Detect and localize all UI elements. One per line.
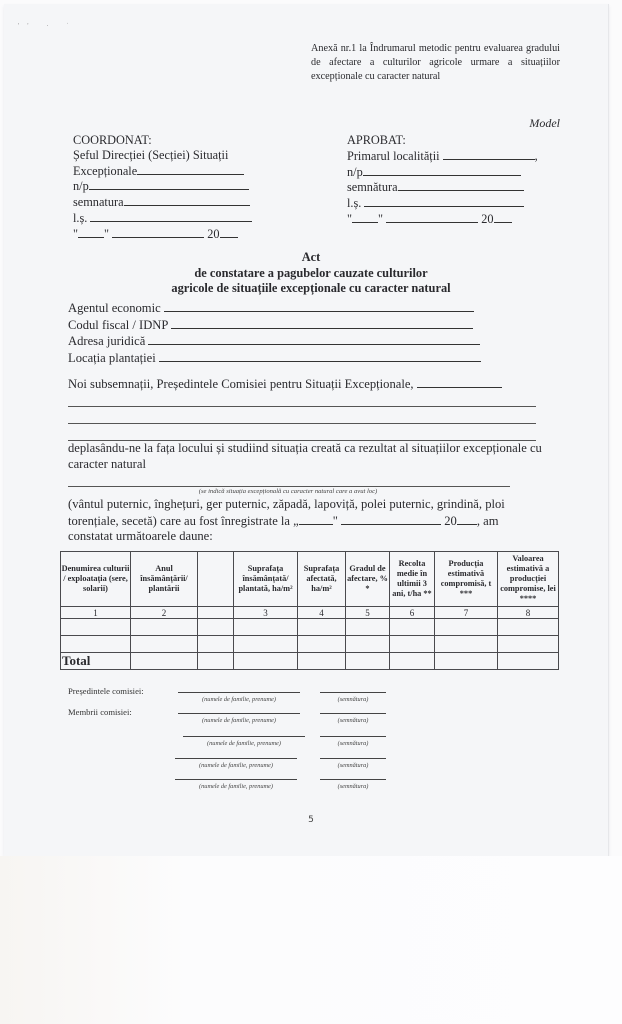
table-cell[interactable] — [435, 636, 498, 653]
coordonat-np-field[interactable] — [89, 178, 249, 190]
aprobat-date-row: "" 20 — [347, 211, 538, 227]
coordonat-signature-row: semnatura — [73, 194, 252, 210]
field-row: Locația plantației — [68, 350, 481, 367]
member-signature-line[interactable] — [320, 758, 386, 759]
fiscal-code-field[interactable] — [171, 317, 473, 329]
member-name-caption: (numele de familie, prenume) — [178, 696, 300, 703]
table-cell[interactable] — [131, 619, 198, 636]
total-cell[interactable] — [298, 653, 346, 670]
members-line-2[interactable] — [68, 423, 536, 424]
table-cell[interactable] — [390, 619, 435, 636]
coordonat-signature-field[interactable] — [124, 194, 250, 206]
aprobat-day-field[interactable] — [352, 211, 378, 223]
table-cell[interactable] — [234, 636, 298, 653]
member-signature-caption: (semnătura) — [320, 696, 386, 703]
table-cell[interactable] — [61, 619, 131, 636]
member-signature-caption: (semnătura) — [320, 740, 386, 747]
table-cell[interactable] — [234, 619, 298, 636]
annex-note: Anexă nr.1 la Îndrumarul metodic pentru … — [311, 42, 560, 84]
coordonat-ls-label: l.ș. — [73, 211, 87, 225]
aprobat-year-field[interactable] — [494, 211, 512, 223]
legal-address-field[interactable] — [148, 333, 480, 345]
plantation-location-field[interactable] — [159, 350, 481, 362]
table-row — [61, 619, 559, 636]
total-cell[interactable] — [346, 653, 390, 670]
situation-caption: (se indică situația excepțională cu cara… — [68, 488, 508, 495]
field-row: Codul fiscal / IDNP — [68, 317, 481, 334]
total-cell[interactable] — [390, 653, 435, 670]
event-year-field[interactable] — [457, 513, 477, 525]
aprobat-ls-row: l.ș. — [347, 195, 538, 211]
header-lost-value: Valoarea estimativă a producției comprom… — [498, 552, 559, 607]
coordonat-month-field[interactable] — [112, 226, 204, 238]
header-avg-yield: Recolta medie în ultimii 3 ani, t/ha ** — [390, 552, 435, 607]
total-cell[interactable] — [198, 653, 234, 670]
member-signature-caption: (semnătura) — [320, 717, 386, 724]
table-cell[interactable] — [61, 636, 131, 653]
aprobat-mayor-field[interactable] — [443, 148, 535, 160]
header-sown-area: Suprafața însămânțată/ plantată, ha/m² — [234, 552, 298, 607]
damages-intro: constatat următoarele daune: — [68, 529, 213, 543]
member-name-line[interactable] — [175, 758, 297, 759]
coordonat-line2-row: Excepționale — [73, 163, 252, 179]
member-name-caption: (numele de familie, prenume) — [175, 783, 297, 790]
damage-table: Denumirea culturii / exploatația (sere, … — [60, 551, 559, 670]
table-cell[interactable] — [198, 619, 234, 636]
entity-fields: Agentul economic Codul fiscal / IDNP Adr… — [68, 300, 481, 366]
site-visit-text: deplasându-ne la fața locului și studiin… — [68, 441, 548, 472]
president-name-field[interactable] — [417, 376, 502, 388]
title-line1: Act — [0, 250, 622, 266]
coordonat-date-row: "" 20 — [73, 226, 252, 242]
title-line3: agricole de situațiile excepționale cu c… — [0, 281, 622, 297]
total-label: Total — [61, 653, 131, 670]
members-line-1[interactable] — [68, 406, 536, 407]
member-name-caption: (numele de familie, prenume) — [178, 717, 300, 724]
aprobat-month-field[interactable] — [386, 211, 478, 223]
scanned-page — [4, 4, 609, 856]
aprobat-ls-field[interactable] — [364, 195, 524, 207]
field-label: Codul fiscal / IDNP — [68, 318, 168, 332]
table-total-row: Total — [61, 653, 559, 670]
coordonat-name-field[interactable] — [137, 163, 244, 175]
field-label: Adresa juridică — [68, 334, 145, 348]
coordonat-block: COORDONAT: Șeful Direcției (Secției) Sit… — [73, 133, 252, 242]
table-cell[interactable] — [390, 636, 435, 653]
event-day-field[interactable] — [299, 513, 333, 525]
member-signature-caption: (semnătura) — [320, 783, 386, 790]
coordonat-np-label: n/p — [73, 179, 89, 193]
aprobat-np-row: n/p — [347, 164, 538, 180]
aprobat-line1: Primarul localității — [347, 149, 440, 163]
member-signature-line[interactable] — [320, 692, 386, 693]
header-blank — [198, 552, 234, 607]
total-cell[interactable] — [435, 653, 498, 670]
member-name-line[interactable] — [183, 736, 305, 737]
header-lost-production: Producția estimativă compromisă, t *** — [435, 552, 498, 607]
table-cell[interactable] — [346, 619, 390, 636]
coordonat-line2: Excepționale — [73, 164, 137, 178]
page-number: 5 — [0, 815, 622, 825]
member-signature-line[interactable] — [320, 779, 386, 780]
table-cell[interactable] — [298, 619, 346, 636]
model-label: Model — [529, 116, 560, 131]
event-month-field[interactable] — [341, 513, 441, 525]
aprobat-line1-row: Primarul localității , — [347, 148, 538, 164]
table-number-row: 1 2 3 4 5 6 7 8 — [61, 607, 559, 619]
header-sowing-year: Anul însămânțării/ plantării — [131, 552, 198, 607]
coordonat-heading: COORDONAT: — [73, 133, 252, 148]
member-signature-caption: (semnătura) — [320, 762, 386, 769]
undersigned-text: Noi subsemnații, Președintele Comisiei p… — [68, 377, 414, 391]
coordonat-ls-row: l.ș. — [73, 210, 252, 226]
field-row: Adresa juridică — [68, 333, 481, 350]
table-cell[interactable] — [131, 636, 198, 653]
undersigned-row: Noi subsemnații, Președintele Comisiei p… — [68, 376, 502, 392]
header-damage-degree: Gradul de afectare, % * — [346, 552, 390, 607]
aprobat-ls-label: l.ș. — [347, 196, 361, 210]
header-crop-name: Denumirea culturii / exploatația (sere, … — [61, 552, 131, 607]
member-name-caption: (numele de familie, prenume) — [175, 762, 297, 769]
table-cell[interactable] — [346, 636, 390, 653]
coordonat-signature-label: semnatura — [73, 195, 124, 209]
president-label: Președintele comisiei: — [68, 686, 144, 696]
member-name-caption: (numele de familie, prenume) — [183, 740, 305, 747]
member-name-line[interactable] — [175, 779, 297, 780]
total-cell[interactable] — [131, 653, 198, 670]
table-cell[interactable] — [198, 636, 234, 653]
page-background — [0, 856, 622, 1024]
coordonat-day-field[interactable] — [78, 226, 104, 238]
table-header-row: Denumirea culturii / exploatația (sere, … — [61, 552, 559, 607]
coordonat-np-row: n/p — [73, 178, 252, 194]
table-cell[interactable] — [498, 619, 559, 636]
member-name-line[interactable] — [178, 713, 300, 714]
coordonat-line1: Șeful Direcției (Secției) Situații — [73, 148, 252, 163]
phenomena-text: (vântul puternic, înghețuri, ger puterni… — [68, 497, 558, 545]
table-cell[interactable] — [298, 636, 346, 653]
aprobat-np-field[interactable] — [363, 164, 521, 176]
aprobat-block: APROBAT: Primarul localității , n/p semn… — [347, 133, 538, 227]
total-cell[interactable] — [498, 653, 559, 670]
aprobat-heading: APROBAT: — [347, 133, 538, 148]
field-row: Agentul economic — [68, 300, 481, 317]
field-label: Agentul economic — [68, 301, 161, 315]
coordonat-year-field[interactable] — [220, 226, 238, 238]
members-label: Membrii comisiei: — [68, 707, 132, 717]
coordonat-ls-field[interactable] — [90, 210, 252, 222]
title-line2: de constatare a pagubelor cauzate cultur… — [0, 266, 622, 282]
document-title: Act de constatare a pagubelor cauzate cu… — [0, 250, 622, 297]
table-row — [61, 636, 559, 653]
aprobat-signature-field[interactable] — [398, 179, 524, 191]
agent-economic-field[interactable] — [164, 300, 474, 312]
aprobat-signature-label: semnătura — [347, 180, 398, 194]
field-label: Locația plantației — [68, 351, 156, 365]
member-signature-line[interactable] — [320, 713, 386, 714]
aprobat-signature-row: semnătura — [347, 179, 538, 195]
member-name-line[interactable] — [178, 692, 300, 693]
total-cell[interactable] — [234, 653, 298, 670]
scan-marks: '' · ˈ — [18, 22, 77, 30]
header-affected-area: Suprafața afectată, ha/m² — [298, 552, 346, 607]
table-cell[interactable] — [435, 619, 498, 636]
situation-field[interactable] — [68, 486, 510, 487]
aprobat-np-label: n/p — [347, 165, 363, 179]
table-cell[interactable] — [498, 636, 559, 653]
member-signature-line[interactable] — [320, 736, 386, 737]
